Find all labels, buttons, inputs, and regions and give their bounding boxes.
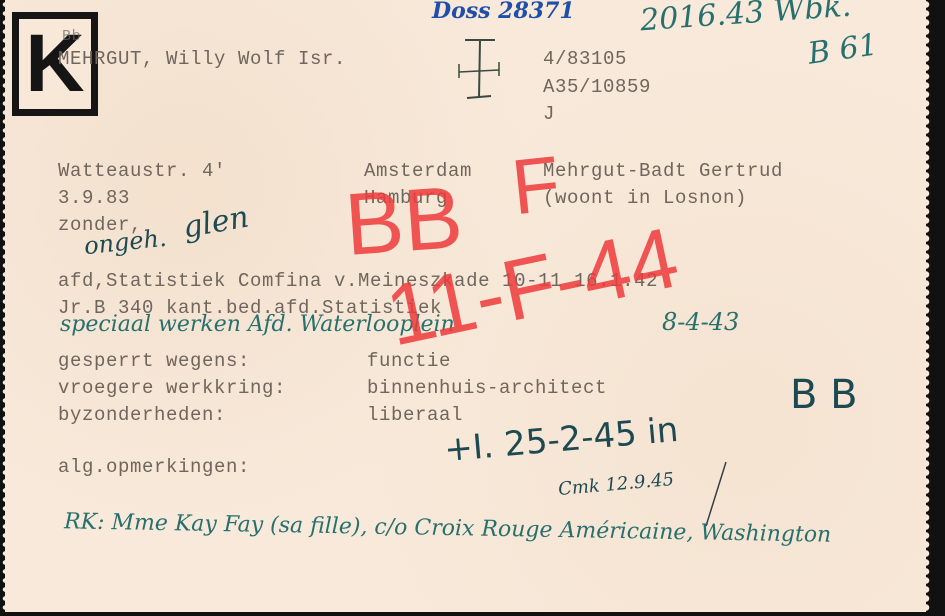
prefix-code: Bb — [62, 26, 81, 48]
red-f-annotation: F — [507, 138, 564, 233]
cmk-note: Cmk 12.9.45 — [557, 469, 675, 500]
handwritten-employment-date: 8-4-43 — [662, 308, 739, 336]
person-name: MEHRGUT, Willy Wolf Isr. — [58, 48, 346, 70]
spouse-note: (woont in Losnon) — [543, 187, 747, 209]
death-note: +I. 25-2-45 in — [443, 410, 680, 470]
archive-index-card: K Bb MEHRGUT, Willy Wolf Isr. 4/83105 A3… — [0, 0, 928, 612]
card-right-edge — [926, 0, 945, 616]
card-left-edge — [0, 0, 5, 616]
birth-date: 3.9.83 — [58, 187, 130, 209]
reference-number-2: A35/10859 — [543, 76, 651, 98]
reference-letter: J — [543, 103, 555, 125]
dossier-annotation: Doss 28371 — [432, 0, 575, 24]
address: Watteaustr. 4' — [58, 160, 226, 182]
gesperrt-label: gesperrt wegens: — [58, 350, 250, 372]
byzonderheden-label: byzonderheden: — [58, 404, 226, 426]
card-bottom-edge — [0, 612, 945, 616]
b-annotation: B 61 — [806, 27, 880, 71]
werkkring-label: vroegere werkkring: — [58, 377, 286, 399]
death-place-bb: B B — [790, 372, 858, 418]
byzonderheden-value: liberaal — [367, 404, 463, 426]
reference-number-1: 4/83105 — [543, 48, 627, 70]
archive-code-annotation: 2016.43 Wbk. — [639, 0, 852, 38]
werkkring-value: binnenhuis-architect — [367, 377, 607, 399]
opmerkingen-label: alg.opmerkingen: — [58, 456, 250, 478]
spouse-name: Mehrgut-Badt Gertrud — [543, 160, 783, 182]
jewish-marker-symbol-icon — [455, 38, 503, 102]
handwritten-children-note: glen — [180, 200, 251, 246]
